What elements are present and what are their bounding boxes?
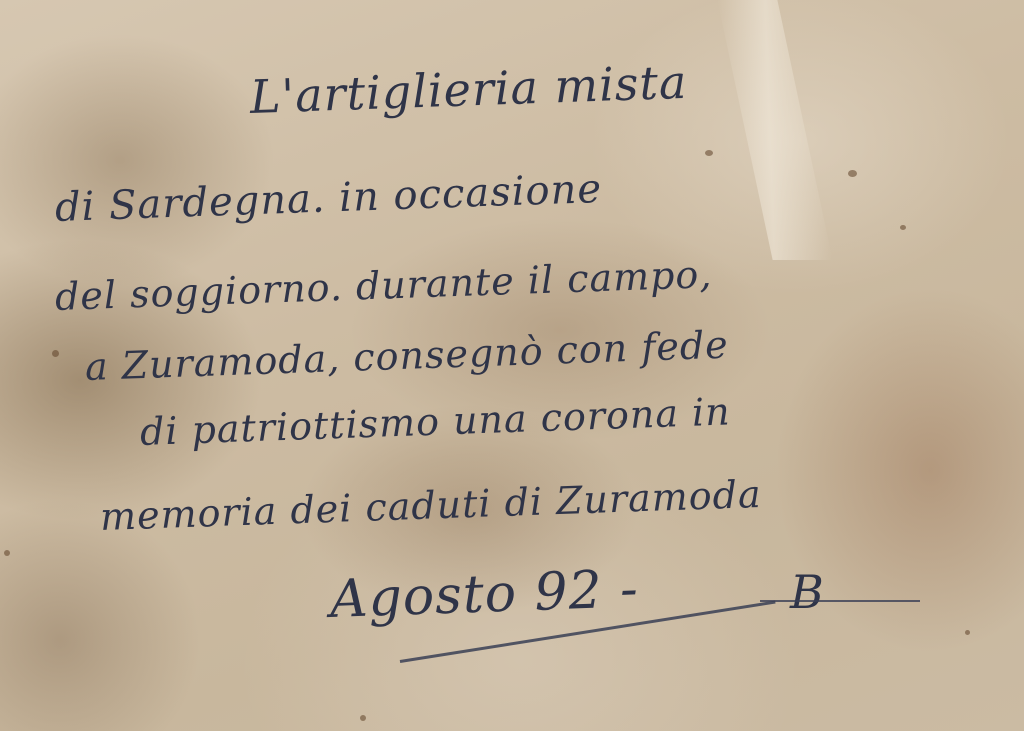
text-line-3: del soggiorno. durante il campo, [54, 252, 713, 319]
stain-speck [705, 150, 713, 156]
paper-crease [717, 0, 832, 260]
stain-speck [4, 550, 10, 556]
text-line-2: di Sardegna. in occasione [54, 166, 603, 231]
text-line-5: di patriottismo una corona in [139, 389, 731, 454]
text-line-6: memoria dei caduti di Zuramoda [99, 472, 762, 539]
stain-speck [52, 350, 59, 357]
stain-speck [965, 630, 970, 635]
date-line: Agosto 92 - [329, 559, 640, 630]
text-line-1: L'artiglieria mista [249, 55, 688, 124]
text-line-4: a Zuramoda, consegnò con fede [84, 323, 729, 389]
signature: B [790, 565, 825, 619]
stain-speck [848, 170, 857, 177]
stain-speck [900, 225, 906, 230]
stain-speck [360, 715, 366, 721]
signature-stroke [760, 600, 920, 602]
document-page: L'artiglieria mista di Sardegna. in occa… [0, 0, 1024, 731]
